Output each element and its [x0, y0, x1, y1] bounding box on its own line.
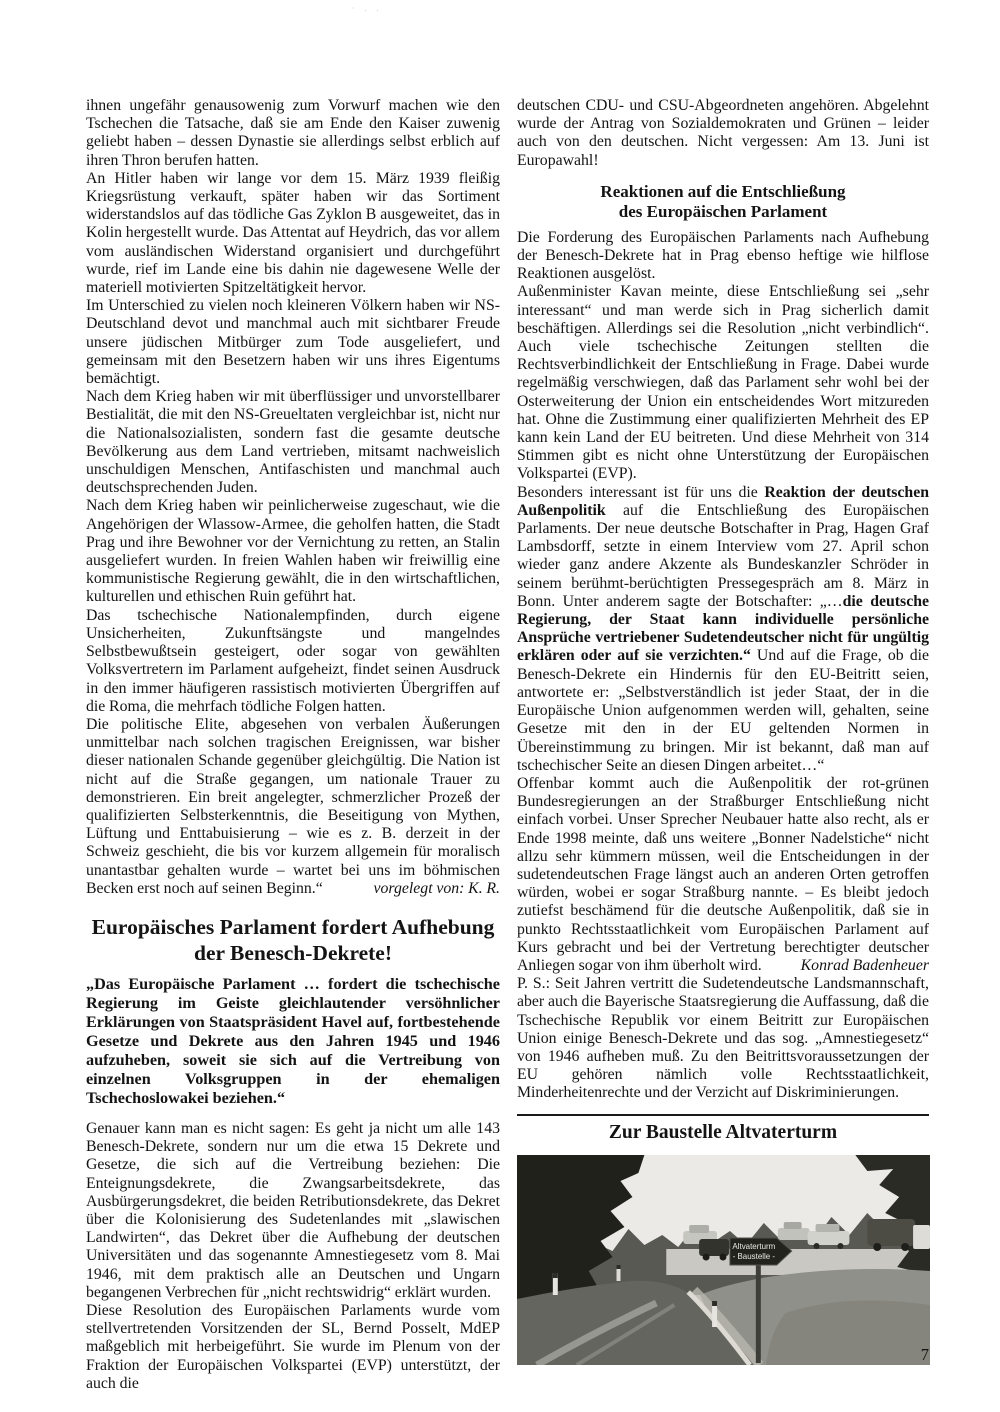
paragraph: Außenminister Kavan meinte, diese Entsch…: [517, 283, 929, 483]
paragraph-run: Und auf die Frage, ob die Benesch-Dekret…: [517, 647, 929, 773]
headline-line: der Benesch-Dekrete!: [86, 940, 500, 966]
paragraph: ihnen ungefähr genausowenig zum Vorwurf …: [86, 97, 500, 170]
photo-sign-text-line1: Altvaterturm: [732, 1242, 775, 1251]
left-column: ihnen ungefähr genausowenig zum Vorwurf …: [86, 97, 500, 1393]
page-number: 7: [517, 1345, 929, 1365]
newsletter-page: · . . ihnen ungefähr genausowenig zum Vo…: [0, 0, 1000, 1412]
paragraph: Offenbar kommt auch die Außenpolitik der…: [517, 775, 929, 975]
article-headline: Europäisches Parlament fordert Aufhebung…: [86, 914, 500, 966]
section-heading-reaktionen: Reaktionen auf die Entschließung des Eur…: [517, 182, 929, 222]
headline-line: Europäisches Parlament fordert Aufhebung: [86, 914, 500, 940]
author-signature: Konrad Badenheuer: [801, 957, 929, 975]
paragraph: Die Forderung des Europäischen Parlament…: [517, 229, 929, 284]
paragraph-text: Die politische Elite, abgesehen von verb…: [86, 716, 500, 897]
paragraph: Diese Resolution des Europäischen Parlam…: [86, 1302, 500, 1393]
paragraph: An Hitler haben wir lange vor dem 15. Mä…: [86, 170, 500, 297]
paragraph: deutschen CDU- und CSU-Abgeordneten ange…: [517, 97, 929, 170]
paragraph: Die politische Elite, abgesehen von verb…: [86, 716, 500, 898]
paragraph: Besonders interessant ist für uns die Re…: [517, 484, 929, 775]
contributor-signature: vorgelegt von: K. R.: [374, 880, 500, 898]
paragraph: Im Unterschied zu vielen noch kleineren …: [86, 297, 500, 388]
paragraph: Nach dem Krieg haben wir mit überflüssig…: [86, 388, 500, 497]
section-heading-line: des Europäischen Parlament: [517, 202, 929, 222]
lead-paragraph: „Das Europäische Parlament … fordert die…: [86, 975, 500, 1108]
section-heading-line: Reaktionen auf die Entschließung: [517, 182, 929, 202]
paragraph: Das tschechische Nationalempfinden, durc…: [86, 607, 500, 716]
scan-artifact: · . .: [352, 4, 383, 13]
paragraph: Nach dem Krieg haben wir peinlicherweise…: [86, 497, 500, 606]
photo-sign-text-line2: - Baustelle -: [733, 1252, 776, 1261]
photo-section-heading: Zur Baustelle Altvaterturm: [517, 1121, 929, 1145]
paragraph-text: Offenbar kommt auch die Außenpolitik der…: [517, 775, 929, 974]
paragraph-run: Besonders interessant ist für uns die: [517, 484, 764, 501]
postscript-paragraph: P. S.: Seit Jahren vertritt die Sudetend…: [517, 975, 929, 1102]
altvaterturm-road-photo: Altvaterturm - Baustelle -: [517, 1155, 930, 1365]
section-divider: [517, 1114, 929, 1116]
right-column: deutschen CDU- und CSU-Abgeordneten ange…: [517, 97, 929, 1365]
paragraph: Genauer kann man es nicht sagen: Es geht…: [86, 1120, 500, 1302]
